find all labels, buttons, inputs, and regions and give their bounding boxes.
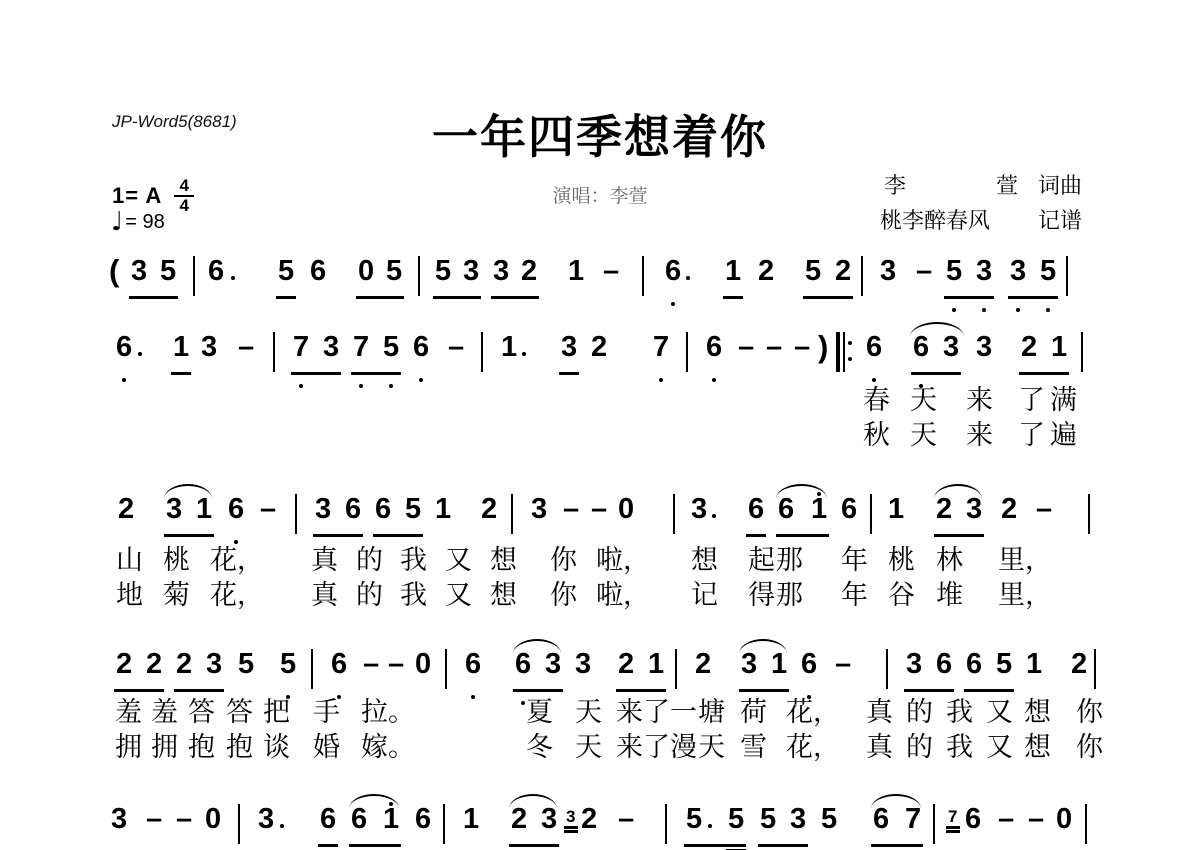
dash-note: –: [448, 333, 464, 362]
barline: [933, 804, 935, 844]
note: 6: [351, 805, 367, 834]
note: 2: [146, 650, 162, 679]
octave-dot: [522, 352, 526, 356]
note: 5: [238, 650, 254, 679]
lyric-char: 荷: [740, 698, 767, 728]
beam-underline: [934, 534, 984, 537]
octave-dot: [234, 540, 238, 544]
beam-underline: [723, 296, 743, 299]
lyric-char: 羞: [151, 698, 178, 728]
beam-underline: [684, 844, 746, 847]
lyric-char: 桃: [163, 546, 190, 576]
beam-underline: [129, 296, 178, 299]
barline: [311, 649, 313, 689]
note: 0: [358, 257, 374, 286]
octave-dot: [389, 384, 393, 388]
beam-underline: [174, 689, 224, 692]
slur-arc: [910, 322, 964, 337]
barline: [686, 332, 688, 372]
barline: [511, 494, 513, 534]
transcriber-role: 记谱: [1038, 209, 1082, 235]
note: 3: [976, 257, 992, 286]
dash-note: –: [603, 257, 619, 286]
lyric-char: 来: [616, 733, 643, 763]
note: 3: [463, 257, 479, 286]
barline: [861, 256, 863, 296]
dash-note: –: [388, 650, 404, 679]
note: 1: [568, 257, 584, 286]
beam-underline: [349, 844, 401, 847]
beam-underline: [739, 689, 789, 692]
beam-underline: [1008, 296, 1058, 299]
octave-dot: [359, 384, 363, 388]
note: 6: [515, 650, 531, 679]
barline: [1066, 256, 1068, 296]
note: 6: [116, 333, 132, 362]
octave-dot: [952, 308, 956, 312]
parenthesis: (: [109, 255, 119, 286]
lyric-char: 啦，: [596, 546, 650, 576]
slur-arc: [739, 639, 787, 654]
quarter-note-icon: ♩: [111, 209, 123, 235]
lyric-char: 真: [866, 733, 893, 763]
lyric-char: 那: [776, 581, 803, 611]
lyric-char: 啦，: [596, 581, 650, 611]
note: 7: [905, 805, 921, 834]
note: 3: [561, 333, 577, 362]
dash-note: –: [363, 650, 379, 679]
note: 6: [936, 650, 952, 679]
note: 5: [405, 495, 421, 524]
beam-underline: [559, 372, 579, 375]
note: 6: [778, 495, 794, 524]
note: 3: [206, 650, 222, 679]
octave-dot: [1016, 308, 1020, 312]
lyric-char: 我: [946, 733, 973, 763]
octave-dot: [231, 276, 235, 280]
beam-underline: [491, 296, 539, 299]
lyric-char: 我: [946, 698, 973, 728]
lyric-char: 你: [1076, 698, 1103, 728]
lyric-char: 花，: [786, 733, 840, 763]
note: 2: [118, 495, 134, 524]
note: 3: [493, 257, 509, 286]
note: 6: [413, 333, 429, 362]
note: 2: [1071, 650, 1087, 679]
note: 2: [1021, 333, 1037, 362]
lyric-char: 的: [356, 546, 383, 576]
dash-note: –: [766, 333, 782, 362]
barline: [238, 804, 240, 844]
note: 5: [435, 257, 451, 286]
beam-underline: [433, 296, 481, 299]
note: 2: [481, 495, 497, 524]
note: 3: [880, 257, 896, 286]
dash-note: –: [146, 805, 162, 834]
composer-surname: 李: [884, 174, 906, 200]
note: 7: [653, 333, 669, 362]
note: 5: [280, 650, 296, 679]
beam-underline: [803, 296, 853, 299]
octave-dot: [659, 378, 663, 382]
barline: [295, 494, 297, 534]
note: 0: [205, 805, 221, 834]
note: 6: [415, 805, 431, 834]
barline: [481, 332, 483, 372]
beam-underline: [904, 689, 954, 692]
repeat-sign: [836, 332, 854, 372]
dash-note: –: [176, 805, 192, 834]
beam-underline: [911, 372, 961, 375]
beam-underline: [746, 534, 766, 537]
repeat-sign-part: [836, 332, 840, 372]
lyric-char: 秋: [863, 421, 890, 451]
barline: [886, 649, 888, 689]
note: 1: [501, 333, 517, 362]
composer-givenname: 萱: [996, 174, 1018, 200]
lyric-char: 又: [986, 733, 1013, 763]
lyric-char: 谈: [263, 733, 290, 763]
note: 5: [946, 257, 962, 286]
note: 5: [805, 257, 821, 286]
note: 3: [166, 495, 182, 524]
note: 2: [581, 805, 597, 834]
lyric-char: 冬: [526, 733, 553, 763]
song-title: 一年四季想着你: [432, 114, 768, 160]
barline: [193, 256, 195, 296]
note: 5: [821, 805, 837, 834]
beam-underline: [356, 296, 404, 299]
note: 2: [116, 650, 132, 679]
note: 5: [760, 805, 776, 834]
lyric-char: 来: [966, 386, 993, 416]
lyric-char: 年: [841, 546, 868, 576]
lyric-char: 了: [1018, 421, 1045, 451]
lyric-char: 的: [356, 581, 383, 611]
note: 3: [790, 805, 806, 834]
note: 3: [131, 257, 147, 286]
beam-underline: [564, 830, 578, 833]
beam-underline: [564, 826, 578, 829]
note: 6: [706, 333, 722, 362]
note: 1: [196, 495, 212, 524]
watermark: JP-Word5(8681): [112, 112, 237, 132]
note: 6: [873, 805, 889, 834]
note: 6: [866, 333, 882, 362]
note: 3: [111, 805, 127, 834]
beam-underline: [313, 534, 363, 537]
note: 6: [310, 257, 326, 286]
lyric-char: 漫: [670, 733, 697, 763]
lyric-char: 来: [966, 421, 993, 451]
slur-arc: [349, 794, 399, 809]
note: 6: [465, 650, 481, 679]
beam-underline: [616, 689, 666, 692]
singer-line: 演唱：李萱: [552, 181, 647, 208]
lyric-char: 拥: [115, 733, 142, 763]
note: 5: [686, 805, 702, 834]
note: 3: [943, 333, 959, 362]
note: 5: [996, 650, 1012, 679]
octave-dot: [122, 378, 126, 382]
note: 5: [278, 257, 294, 286]
note: 6: [208, 257, 224, 286]
lyric-char: 山: [116, 546, 143, 576]
barline: [418, 256, 420, 296]
note: 3: [1010, 257, 1026, 286]
dash-note: –: [998, 805, 1014, 834]
beam-underline: [164, 534, 214, 537]
note: 6: [966, 650, 982, 679]
barline: [443, 804, 445, 844]
slur-arc: [871, 794, 921, 809]
sheet-page: JP-Word5(8681) 一年四季想着你 演唱：李萱 李 萱 词曲 桃李醉春…: [0, 0, 1200, 850]
lyric-char: 地: [116, 581, 143, 611]
barline: [642, 256, 644, 296]
lyric-char: 塘: [698, 698, 725, 728]
octave-dot: [299, 384, 303, 388]
lyric-char: 天: [910, 386, 937, 416]
beam-underline: [318, 844, 338, 847]
key-label: 1= A: [112, 183, 162, 209]
note: 0: [618, 495, 634, 524]
lyric-char: 抱: [188, 733, 215, 763]
lyric-char: 得: [748, 581, 775, 611]
dash-note: –: [1036, 495, 1052, 524]
lyric-char: 天: [910, 421, 937, 451]
beam-underline: [509, 844, 559, 847]
lyric-char: 年: [841, 581, 868, 611]
dash-note: –: [591, 495, 607, 524]
beam-underline: [171, 372, 191, 375]
note: 3: [575, 650, 591, 679]
note: 1: [725, 257, 741, 286]
dash-note: –: [563, 495, 579, 524]
dash-note: –: [794, 333, 810, 362]
note: 5: [160, 257, 176, 286]
lyric-char: 春: [863, 386, 890, 416]
note: 6: [841, 495, 857, 524]
note: 1: [383, 805, 399, 834]
lyric-char: 满: [1050, 386, 1077, 416]
beam-underline: [871, 844, 923, 847]
lyric-char: 堆: [936, 581, 963, 611]
note: 3: [201, 333, 217, 362]
note: 1: [1026, 650, 1042, 679]
lyric-char: 来: [616, 698, 643, 728]
beam-underline: [114, 689, 164, 692]
lyric-char: 羞: [115, 698, 142, 728]
note: 3: [906, 650, 922, 679]
note: 6: [965, 805, 981, 834]
lyric-char: 想: [1024, 733, 1051, 763]
note: 2: [591, 333, 607, 362]
repeat-sign-part: [848, 341, 852, 345]
lyric-char: 想: [1024, 698, 1051, 728]
octave-dot: [872, 378, 876, 382]
note: 1: [888, 495, 904, 524]
note: 1: [1051, 333, 1067, 362]
barline: [1094, 649, 1096, 689]
note: 2: [835, 257, 851, 286]
note: 1: [463, 805, 479, 834]
lyric-char: 答: [188, 698, 215, 728]
barline: [445, 649, 447, 689]
note: 0: [1056, 805, 1072, 834]
lyric-char: 抱: [226, 733, 253, 763]
note: 2: [695, 650, 711, 679]
lyric-char: 天: [575, 733, 602, 763]
lyric-char: 桃: [888, 546, 915, 576]
grace-note: 7: [948, 808, 957, 825]
lyric-char: 答: [226, 698, 253, 728]
lyric-char: 林: [936, 546, 963, 576]
lyric-char: 想: [490, 581, 517, 611]
note: 2: [511, 805, 527, 834]
octave-dot: [138, 352, 142, 356]
time-denominator: 4: [180, 198, 189, 214]
note: 7: [353, 333, 369, 362]
lyric-char: 记: [691, 581, 718, 611]
lyric-char: 拥: [151, 733, 178, 763]
dash-note: –: [1028, 805, 1044, 834]
slur-arc: [509, 794, 557, 809]
lyric-char: 我: [400, 546, 427, 576]
barline: [675, 649, 677, 689]
lyric-char: 我: [400, 581, 427, 611]
note: 6: [375, 495, 391, 524]
lyric-char: 里，: [998, 546, 1052, 576]
barline: [1085, 804, 1087, 844]
note: 1: [771, 650, 787, 679]
note: 5: [386, 257, 402, 286]
slur-arc: [164, 484, 212, 499]
repeat-sign-part: [843, 332, 845, 372]
octave-dot: [471, 695, 475, 699]
barline: [673, 494, 675, 534]
note: 6: [801, 650, 817, 679]
lyric-char: 手: [313, 698, 340, 728]
octave-dot: [419, 378, 423, 382]
note: 3: [741, 650, 757, 679]
note: 3: [315, 495, 331, 524]
note: 3: [691, 495, 707, 524]
lyric-char: 天: [575, 698, 602, 728]
lyric-char: 你: [550, 581, 577, 611]
lyric-char: 把: [263, 698, 290, 728]
beam-underline: [513, 689, 563, 692]
lyric-char: 遍: [1050, 421, 1077, 451]
lyric-char: 又: [445, 546, 472, 576]
note: 3: [545, 650, 561, 679]
dash-note: –: [738, 333, 754, 362]
note: 3: [531, 495, 547, 524]
lyric-char: 了: [643, 698, 670, 728]
lyric-char: 里，: [998, 581, 1052, 611]
lyric-char: 嫁。: [361, 733, 415, 763]
dash-note: –: [260, 495, 276, 524]
transcriber-name: 桃李醉春风: [880, 209, 990, 235]
note: 3: [258, 805, 274, 834]
barline: [273, 332, 275, 372]
dash-note: –: [618, 805, 634, 834]
lyric-char: 婚: [313, 733, 340, 763]
note: 6: [320, 805, 336, 834]
octave-dot: [686, 276, 690, 280]
note: 1: [173, 333, 189, 362]
lyric-char: 又: [445, 581, 472, 611]
note: 0: [415, 650, 431, 679]
lyric-char: 一: [670, 698, 697, 728]
parenthesis: ): [818, 331, 828, 362]
tempo: ♩ = 98: [111, 209, 165, 235]
beam-underline: [946, 830, 960, 833]
lyric-char: 花，: [786, 698, 840, 728]
note: 1: [435, 495, 451, 524]
note: 3: [541, 805, 557, 834]
note: 5: [383, 333, 399, 362]
beam-underline: [291, 372, 341, 375]
barline: [665, 804, 667, 844]
barline: [1088, 494, 1090, 534]
lyric-char: 花，: [210, 546, 264, 576]
repeat-sign-part: [848, 357, 852, 361]
dash-note: –: [916, 257, 932, 286]
barline: [1081, 332, 1083, 372]
note: 3: [966, 495, 982, 524]
octave-dot: [982, 308, 986, 312]
time-numerator: 4: [180, 178, 189, 194]
lyric-char: 你: [550, 546, 577, 576]
note: 6: [228, 495, 244, 524]
note: 6: [665, 257, 681, 286]
lyric-char: 了: [1018, 386, 1045, 416]
lyric-char: 想: [691, 546, 718, 576]
note: 1: [648, 650, 664, 679]
note: 2: [758, 257, 774, 286]
lyric-char: 又: [986, 698, 1013, 728]
lyric-char: 真: [311, 546, 338, 576]
lyric-char: 的: [906, 698, 933, 728]
octave-dot: [280, 824, 284, 828]
lyric-char: 真: [866, 698, 893, 728]
time-signature: 4 4: [172, 178, 196, 214]
note: 6: [345, 495, 361, 524]
beam-underline: [1019, 372, 1069, 375]
beam-underline: [776, 534, 829, 537]
slur-arc: [934, 484, 982, 499]
note: 2: [1001, 495, 1017, 524]
octave-dot: [1046, 308, 1050, 312]
tempo-value: = 98: [125, 211, 164, 234]
note: 5: [1040, 257, 1056, 286]
lyric-char: 夏: [526, 698, 553, 728]
octave-dot: [671, 302, 675, 306]
note: 3: [976, 333, 992, 362]
dash-note: –: [238, 333, 254, 362]
composer-role: 词曲: [1038, 174, 1082, 200]
note: 2: [936, 495, 952, 524]
barline: [870, 494, 872, 534]
beam-underline: [964, 689, 1014, 692]
note: 2: [176, 650, 192, 679]
beam-underline: [373, 534, 423, 537]
note: 6: [331, 650, 347, 679]
lyric-char: 那: [776, 546, 803, 576]
octave-dot: [712, 378, 716, 382]
slur-arc: [776, 484, 827, 499]
beam-underline: [946, 826, 960, 829]
